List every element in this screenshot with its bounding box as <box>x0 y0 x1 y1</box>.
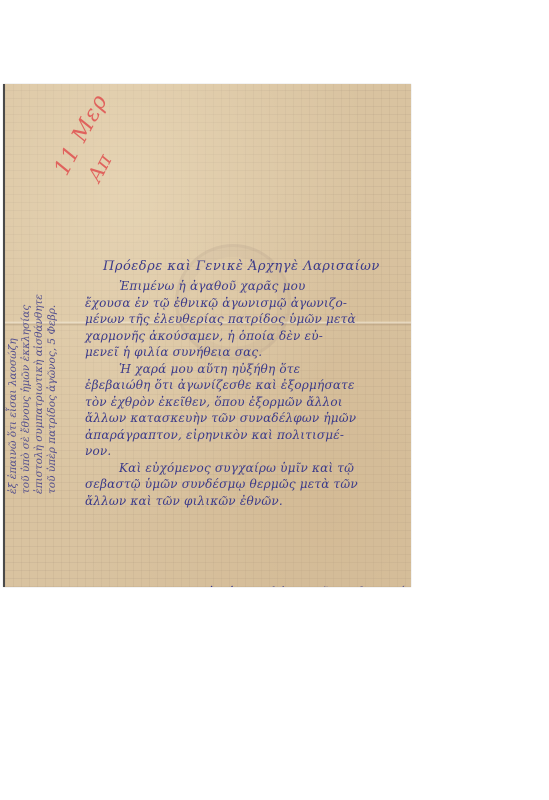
salutation: Πρόεδρε καὶ Γενικὲ Ἀρχηγὲ Λαρισαίων <box>85 256 405 278</box>
dateline: Ἐν Ἱεροσολύμοις τῇ 5 Φεβρουαρίου 19.. <box>210 584 411 587</box>
red-pencil-annotation: 11 Μερ Απ <box>33 84 85 114</box>
red-annotation-line-2: Απ <box>82 150 116 186</box>
body-line: ἐβεβαιώθη ὅτι ἀγωνίζεσθε καὶ ἐξορμήσατε <box>85 377 405 394</box>
paragraph-2: Ἡ χαρά μου αὕτη ηὐξήθη ὅτε ἐβεβαιώθη ὅτι… <box>85 361 405 460</box>
body-line: μενεῖ ἡ φιλία συνήθεια σας. <box>85 344 405 361</box>
margin-note-line: ἐξ ἐπαινῶ ὅτι εἶσαι λαοσώζη <box>7 154 20 494</box>
paragraph-1: Ἐπιμένω ἡ ἀγαθοῦ χαρᾶς μου ἔχουσα ἐν τῷ … <box>85 278 405 361</box>
body-line: τὸν ἐχθρὸν ἐκεῖθεν, ὅπου ἐξορμῶν ἄλλοι <box>85 394 405 411</box>
red-check-mark-icon <box>116 84 160 86</box>
body-line: ἔχουσα ἐν τῷ ἐθνικῷ ἀγωνισμῷ ἀγωνιζο- <box>85 295 405 312</box>
scan-canvas: 11 Μερ Απ ἐξ ἐπαινῶ ὅτι εἶσαι λαοσώζη το… <box>0 0 549 800</box>
body-line: νον. <box>85 443 405 460</box>
margin-note-line: τοῦ ὑπὲρ πατρίδος ἀγῶνος, 5 Φεβρ. <box>46 154 59 494</box>
body-line: μένων τῆς ἐλευθερίας πατρίδος ὑμῶν μετὰ <box>85 311 405 328</box>
letter-paper: 11 Μερ Απ ἐξ ἐπαινῶ ὅτι εἶσαι λαοσώζη το… <box>3 84 411 587</box>
paragraph-3: Καὶ εὐχόμενος συγχαίρω ὑμῖν καὶ τῷ σεβασ… <box>85 460 405 510</box>
body-line: ἀπαράγραπτον, εἰρηνικὸν καὶ πολιτισμέ- <box>85 427 405 444</box>
body-line: χαρμονῆς ἀκούσαμεν, ἡ ὁποία δὲν εὐ- <box>85 328 405 345</box>
body-line: σεβαστῷ ὑμῶν συνδέσμῳ θερμῶς μετὰ τῶν <box>85 476 405 493</box>
body-line: Ἡ χαρά μου αὕτη ηὐξήθη ὅτε <box>85 361 405 378</box>
body-line: Καὶ εὐχόμενος συγχαίρω ὑμῖν καὶ τῷ <box>85 460 405 477</box>
body-line: Ἐπιμένω ἡ ἀγαθοῦ χαρᾶς μου <box>85 278 405 295</box>
letter-body: Πρόεδρε καὶ Γενικὲ Ἀρχηγὲ Λαρισαίων Ἐπιμ… <box>85 256 405 509</box>
body-line: ἄλλων καὶ τῶν φιλικῶν ἐθνῶν. <box>85 493 405 510</box>
margin-note-line: ἐπιστολὴ συμπατριωτικὴ αἰσθάνθητε <box>33 154 46 494</box>
body-line: ἄλλων κατασκευὴν τῶν συναδέλφων ἡμῶν <box>85 410 405 427</box>
margin-note-line: τοῦ ὑπὸ σὲ ἔθνους ἡμῶν ἐκκλησίας <box>20 154 33 494</box>
